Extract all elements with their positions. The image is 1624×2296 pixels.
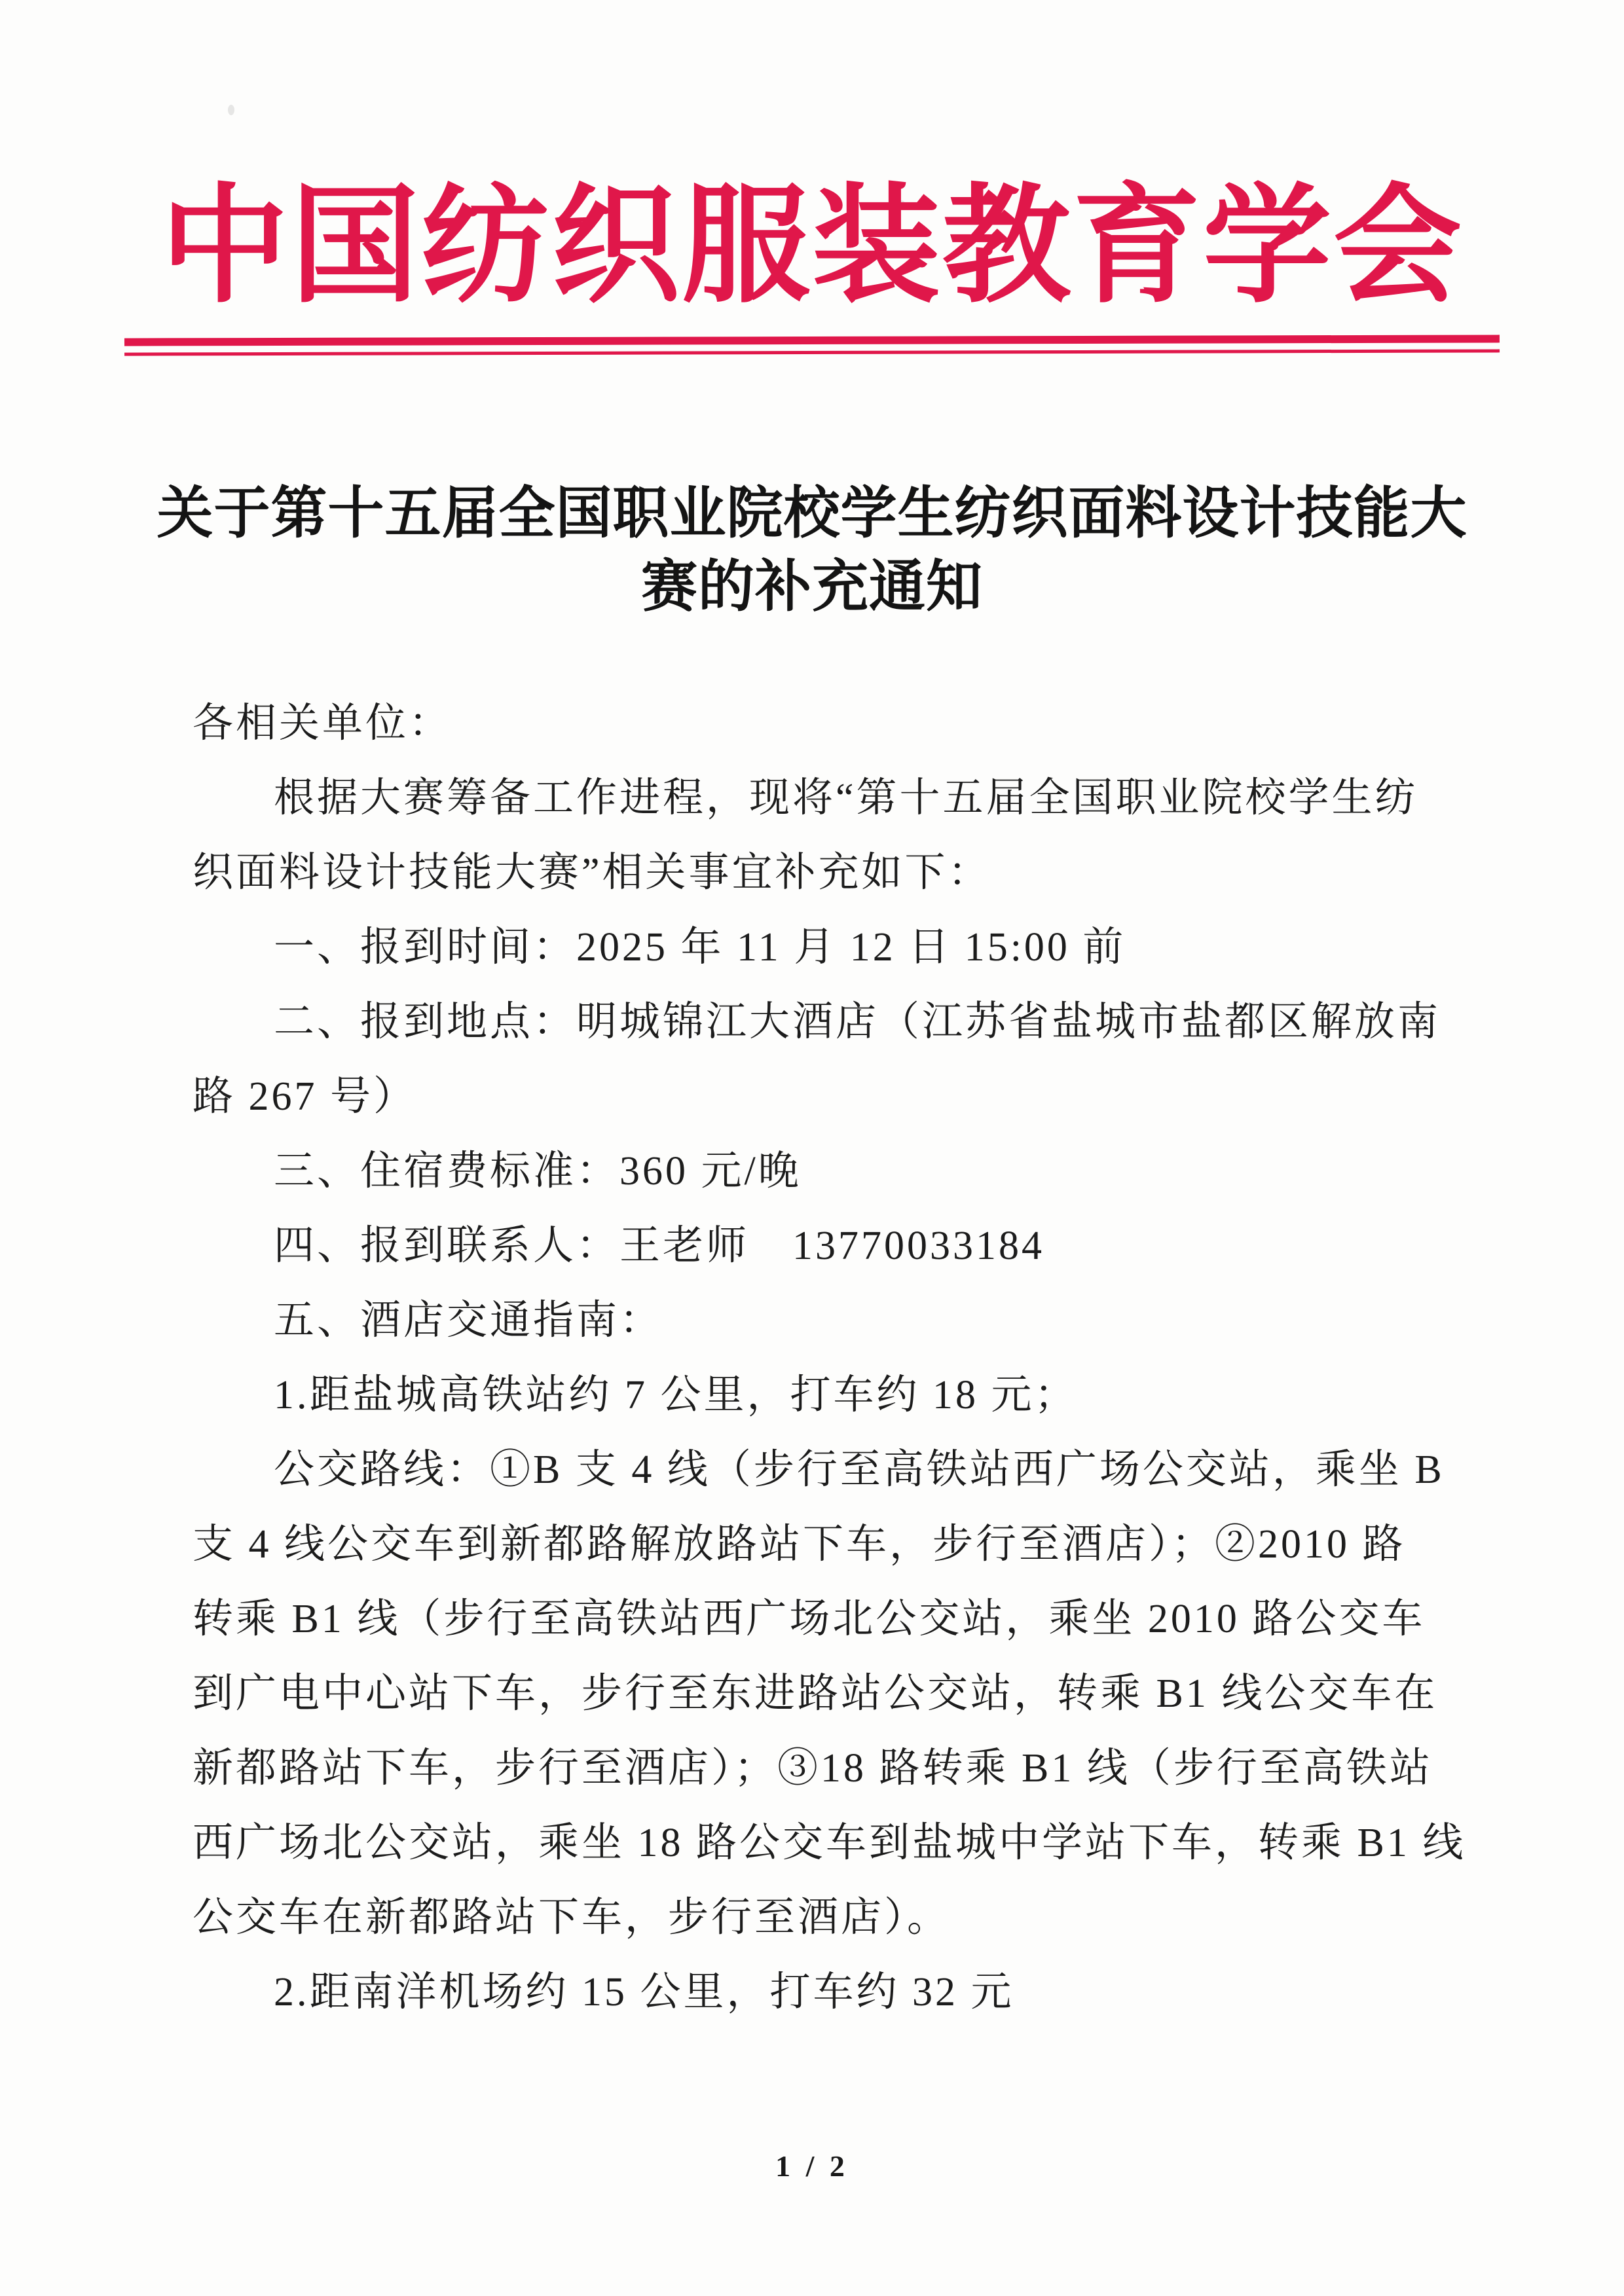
- page-number: 1 / 2: [0, 2149, 1624, 2183]
- body-line: 路 267 号）: [193, 1059, 1450, 1134]
- body-line: 根据大赛筹备工作进程，现将“第十五届全国职业院校学生纺: [193, 761, 1450, 835]
- body-line: 到广电中心站下车，步行至东进路站公交站，转乘 B1 线公交车在: [193, 1656, 1450, 1731]
- body-line: 公交路线：①B 支 4 线（步行至高铁站西广场公交站，乘坐 B: [193, 1432, 1450, 1507]
- body-line-item-5: 五、酒店交通指南：: [193, 1283, 1450, 1358]
- body-line: 西广场北公交站，乘坐 18 路公交车到盐城中学站下车，转乘 B1 线: [193, 1806, 1450, 1880]
- body-line: 织面料设计技能大赛”相关事宜补充如下：: [193, 835, 1450, 910]
- red-divider-thick-line: [124, 335, 1500, 346]
- body-line: 转乘 B1 线（步行至高铁站西广场北公交站，乘坐 2010 路公交车: [193, 1582, 1450, 1656]
- body-line-item-1: 一、报到时间：2025 年 11 月 12 日 15:00 前: [193, 910, 1450, 985]
- body-line: 支 4 线公交车到新都路解放路站下车，步行至酒店）；②2010 路: [193, 1507, 1450, 1582]
- red-divider-thin-line: [124, 349, 1500, 355]
- scanned-notice-page: 中国纺织服装教育学会 关于第十五届全国职业院校学生纺织面料设计技能大 赛的补充通…: [0, 0, 1624, 2296]
- body-line-item-3: 三、住宿费标准：360 元/晚: [193, 1134, 1450, 1209]
- document-title: 关于第十五届全国职业院校学生纺织面料设计技能大 赛的补充通知: [131, 477, 1493, 623]
- body-line: 2.距南洋机场约 15 公里，打车约 32 元: [193, 1955, 1450, 2030]
- document-title-line-2: 赛的补充通知: [131, 550, 1493, 623]
- notice-body: 各相关单位： 根据大赛筹备工作进程，现将“第十五届全国职业院校学生纺 织面料设计…: [193, 686, 1450, 2030]
- body-line-item-2: 二、报到地点：明城锦江大酒店（江苏省盐城市盐都区解放南: [193, 985, 1450, 1059]
- body-line: 新都路站下车，步行至酒店）；③18 路转乘 B1 线（步行至高铁站: [193, 1731, 1450, 1806]
- body-line-item-4: 四、报到联系人：王老师 13770033184: [193, 1209, 1450, 1283]
- body-line: 公交车在新都路站下车，步行至酒店）。: [193, 1880, 1450, 1955]
- red-divider: [124, 335, 1500, 355]
- body-line: 1.距盐城高铁站约 7 公里，打车约 18 元；: [193, 1358, 1450, 1432]
- body-line-salutation: 各相关单位：: [193, 686, 1450, 761]
- scan-artifact: [228, 105, 234, 115]
- document-title-line-1: 关于第十五届全国职业院校学生纺织面料设计技能大: [131, 477, 1493, 550]
- organization-masthead: 中国纺织服装教育学会: [0, 172, 1624, 323]
